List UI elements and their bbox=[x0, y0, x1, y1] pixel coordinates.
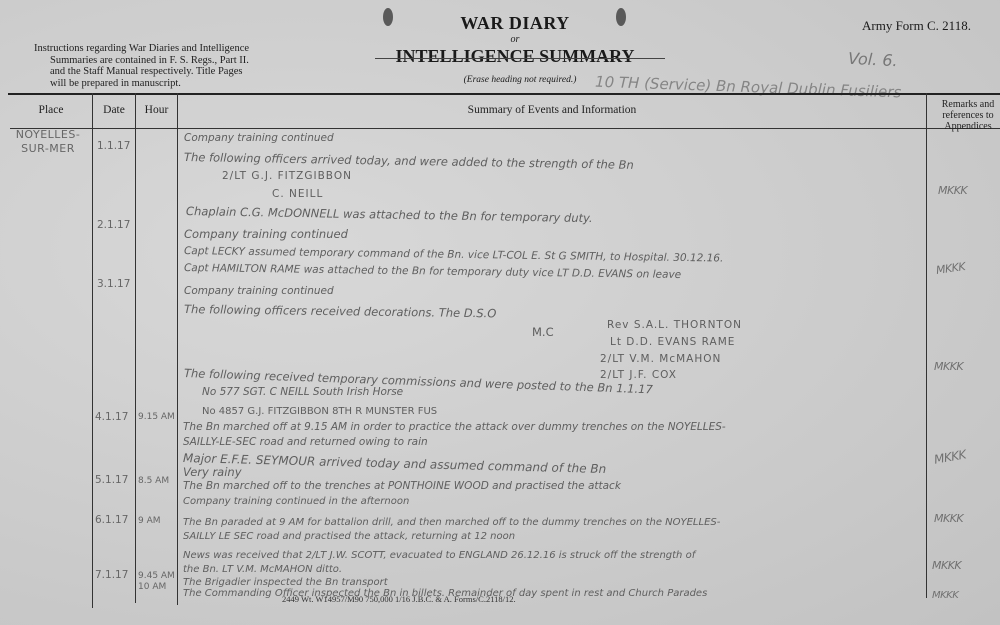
remark-initials: MKKK bbox=[934, 512, 963, 525]
summary-line: News was received that 2/LT J.W. SCOTT, … bbox=[183, 550, 695, 561]
column-divider bbox=[92, 93, 93, 608]
hour-cell: 9 AM bbox=[138, 516, 161, 526]
place-line: SUR-MER bbox=[6, 142, 90, 156]
instructions-line: Instructions regarding War Diaries and I… bbox=[34, 43, 274, 55]
summary-line: 2/LT J.F. COX bbox=[600, 369, 677, 381]
date-cell: 7.1.17 bbox=[95, 569, 128, 581]
summary-line: SAILLY LE SEC road and practised the att… bbox=[183, 531, 515, 542]
column-header-date: Date bbox=[93, 104, 135, 116]
instructions-line: and the Staff Manual respectively. Title… bbox=[34, 66, 274, 78]
summary-line: The Bn marched off to the trenches at PO… bbox=[183, 480, 621, 492]
summary-line: 2/LT V.M. McMAHON bbox=[600, 353, 721, 365]
column-divider bbox=[135, 93, 136, 603]
column-divider bbox=[926, 93, 927, 598]
document-subtitle-struck: INTELLIGENCE SUMMARY bbox=[385, 46, 645, 67]
date-cell: 3.1.17 bbox=[97, 278, 130, 290]
summary-line: Lt D.D. EVANS RAME bbox=[610, 336, 735, 348]
column-header-hour: Hour bbox=[136, 104, 177, 116]
summary-line: Company training continued bbox=[184, 132, 334, 144]
hour-cell: 10 AM bbox=[138, 582, 166, 592]
hour-cell: 8.5 AM bbox=[138, 476, 169, 486]
column-header-remarks: Remarks and references to Appendices bbox=[936, 99, 1000, 132]
punch-hole-right bbox=[616, 8, 626, 26]
column-divider bbox=[177, 93, 178, 605]
summary-line: The following officers arrived today, an… bbox=[184, 150, 634, 172]
remark-initials: MKKK bbox=[934, 360, 963, 373]
print-code: 2449 Wt. W14957/M90 750,000 1/16 J.B.C. … bbox=[282, 594, 516, 604]
volume-number: Vol. 6. bbox=[848, 49, 899, 71]
summary-line: Company training continued in the aftern… bbox=[183, 496, 409, 507]
summary-line: Capt LECKY assumed temporary command of … bbox=[184, 245, 724, 265]
summary-line: No 4857 G.J. FITZGIBBON 8TH R MUNSTER FU… bbox=[202, 406, 437, 417]
table-header-rule bbox=[10, 128, 1000, 129]
table-top-rule bbox=[8, 93, 1000, 95]
summary-line: The Brigadier inspected the Bn transport bbox=[183, 577, 388, 588]
erase-note: (Erase heading not required.) bbox=[430, 75, 610, 85]
summary-line: 2/LT G.J. FITZGIBBON bbox=[222, 170, 352, 182]
title-or: or bbox=[500, 34, 530, 45]
form-instructions: Instructions regarding War Diaries and I… bbox=[34, 43, 274, 89]
hour-cell: 9.45 AM bbox=[138, 571, 175, 581]
column-header-summary: Summary of Events and Information bbox=[178, 104, 926, 116]
document-title: WAR DIARY bbox=[430, 13, 600, 34]
place-line: NOYELLES- bbox=[6, 128, 90, 142]
summary-line: Capt HAMILTON RAME was attached to the B… bbox=[184, 262, 681, 281]
summary-line: Chaplain C.G. McDONNELL was attached to … bbox=[186, 204, 593, 225]
punch-hole-left bbox=[383, 8, 393, 26]
summary-line: C. NEILL bbox=[272, 188, 323, 200]
summary-line: The following officers received decorati… bbox=[184, 302, 497, 320]
date-cell: 5.1.17 bbox=[95, 474, 128, 486]
remark-initials: MKKK bbox=[938, 184, 967, 197]
summary-line: No 577 SGT. C NEILL South Irish Horse bbox=[202, 386, 403, 398]
remark-initials: MKKK bbox=[933, 447, 967, 466]
date-cell: 6.1.17 bbox=[95, 514, 128, 526]
unit-name: 10 TH (Service) Bn Royal Dublin Fusilier… bbox=[595, 73, 902, 102]
instructions-line: will be prepared in manuscript. bbox=[34, 78, 274, 90]
summary-line: The Bn marched off at 9.15 AM in order t… bbox=[183, 421, 726, 433]
remark-initials: MKKK bbox=[932, 590, 958, 601]
column-header-place: Place bbox=[10, 104, 92, 116]
remark-initials: MKKK bbox=[932, 559, 961, 572]
strikethrough-line bbox=[375, 58, 665, 59]
hour-cell: 9.15 AM bbox=[138, 412, 175, 422]
place-cell: NOYELLES- SUR-MER bbox=[6, 128, 90, 156]
instructions-line: Summaries are contained in F. S. Regs., … bbox=[34, 55, 274, 67]
summary-line: Very rainy bbox=[183, 465, 242, 479]
army-form-number: Army Form C. 2118. bbox=[862, 18, 971, 34]
summary-line: M.C bbox=[532, 325, 554, 339]
date-cell: 1.1.17 bbox=[97, 140, 130, 152]
date-cell: 2.1.17 bbox=[97, 219, 130, 231]
summary-line: Company training continued bbox=[184, 227, 348, 241]
summary-line: The Bn paraded at 9 AM for battalion dri… bbox=[183, 517, 720, 528]
summary-line: SAILLY-LE-SEC road and returned owing to… bbox=[183, 436, 428, 448]
remark-initials: MKKK bbox=[935, 260, 966, 277]
subtitle-text: INTELLIGENCE SUMMARY bbox=[396, 46, 635, 66]
date-cell: 4.1.17 bbox=[95, 411, 128, 423]
summary-line: Rev S.A.L. THORNTON bbox=[607, 319, 742, 331]
summary-line: Major E.F.E. SEYMOUR arrived today and a… bbox=[183, 451, 607, 476]
summary-line: the Bn. LT V.M. McMAHON ditto. bbox=[183, 564, 342, 575]
summary-line: Company training continued bbox=[184, 285, 334, 297]
